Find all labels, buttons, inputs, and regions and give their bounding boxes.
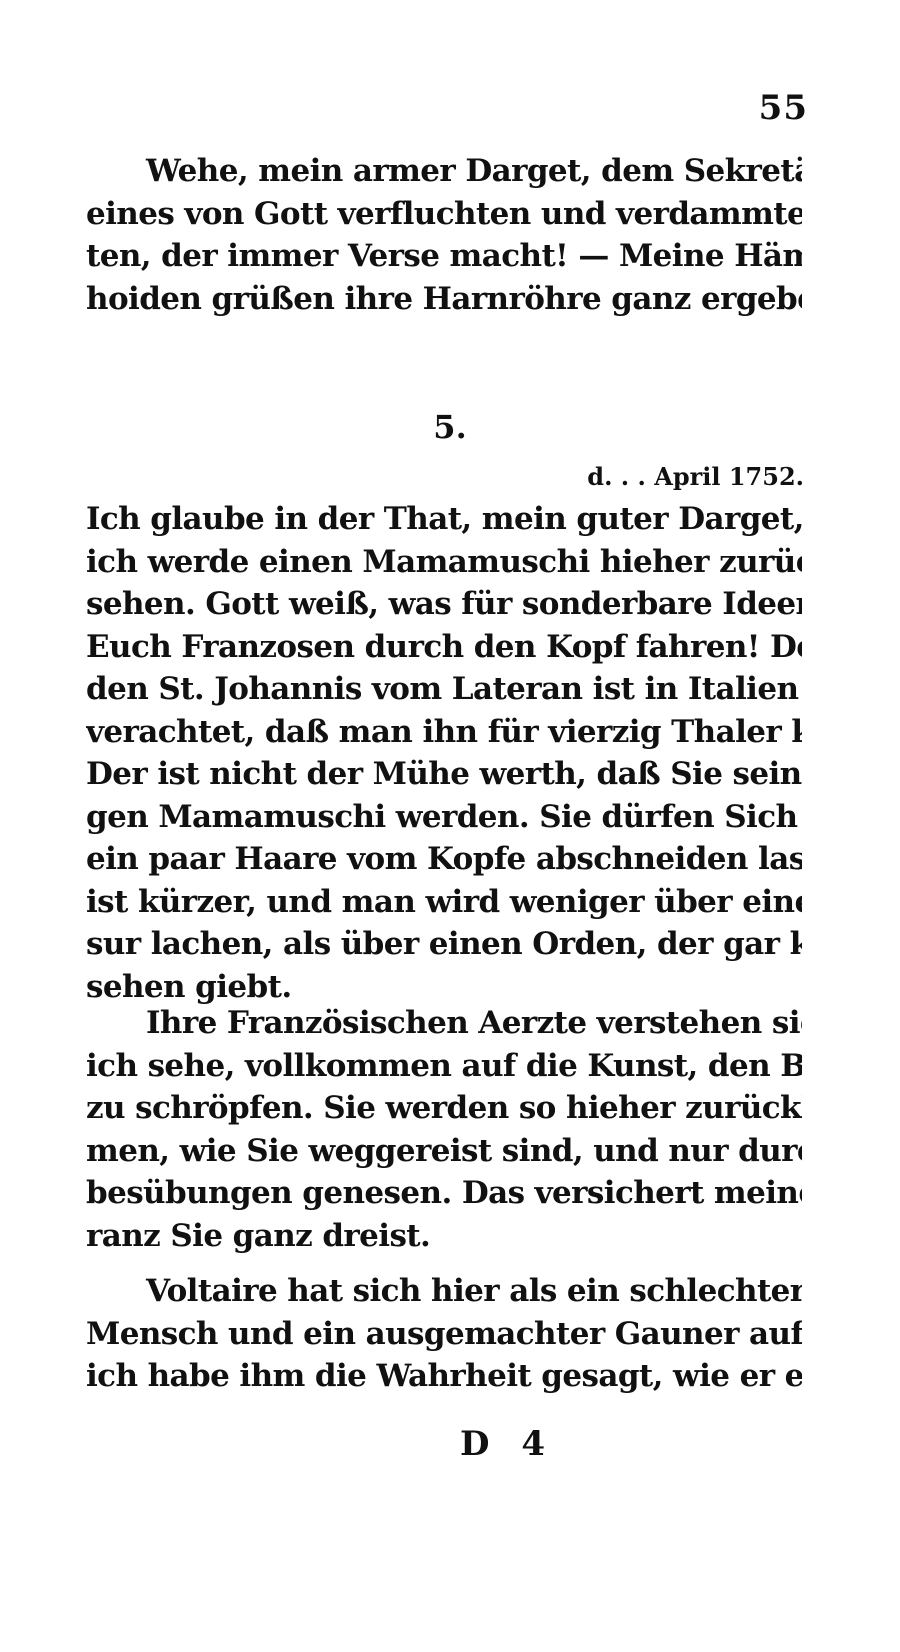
text-line: eines von Gott verfluchten und verdammte… — [86, 193, 802, 236]
paragraph-2: Ich glaube in der That, mein guter Darge… — [86, 498, 802, 1008]
signature-mark: D 4 — [460, 1424, 555, 1464]
text-line: Mensch und ein ausgemachter Gauner aufge… — [86, 1313, 802, 1356]
text-line: Voltaire hat sich hier als ein schlechte… — [86, 1270, 802, 1313]
text-line: ich sehe, vollkommen auf die Kunst, den … — [86, 1045, 802, 1088]
text-line: sehen. Gott weiß, was für sonderbare Ide… — [86, 583, 802, 626]
book-page: 55 Wehe, mein armer Darget, dem Sekretär… — [0, 0, 900, 1652]
text-line: men, wie Sie weggereist sind, und nur du… — [86, 1130, 802, 1173]
page-number: 55 — [759, 88, 808, 128]
letter-number: 5. — [0, 408, 900, 446]
letter-date: d. . . April 1752. — [587, 462, 804, 491]
text-line: verachtet, daß man ihn für vierzig Thale… — [86, 711, 802, 754]
text-line: ich werde einen Mamamuschi hieher zurück… — [86, 541, 802, 584]
text-line: ist kürzer, und man wird weniger über ei… — [86, 881, 802, 924]
text-line: zu schröpfen. Sie werden so hieher zurüc… — [86, 1087, 802, 1130]
text-line: gen Mamamuschi werden. Sie dürfen Sich n… — [86, 796, 802, 839]
paragraph-3: Ihre Französischen Aerzte verstehen sich… — [86, 1002, 802, 1257]
text-line: besübungen genesen. Das versichert meine… — [86, 1172, 802, 1215]
text-line: sur lachen, als über einen Orden, der ga… — [86, 923, 802, 966]
text-line: Ich glaube in der That, mein guter Darge… — [86, 498, 802, 541]
text-line: ranz Sie ganz dreist. — [86, 1215, 802, 1258]
text-line: Euch Franzosen durch den Kopf fahren! De… — [86, 626, 802, 669]
text-line: ich habe ihm die Wahrheit gesagt, wie er… — [86, 1355, 802, 1398]
text-line: Wehe, mein armer Darget, dem Sekretär — [86, 150, 802, 193]
text-line: hoiden grüßen ihre Harnröhre ganz ergebe… — [86, 278, 802, 321]
text-line: den St. Johannis vom Lateran ist in Ital… — [86, 668, 802, 711]
paragraph-4: Voltaire hat sich hier als ein schlechte… — [86, 1270, 802, 1398]
text-line: Der ist nicht der Mühe werth, daß Sie se… — [86, 753, 802, 796]
text-line: Ihre Französischen Aerzte verstehen sich… — [86, 1002, 802, 1045]
text-line: ein paar Haare vom Kopfe abschneiden las… — [86, 838, 802, 881]
paragraph-1: Wehe, mein armer Darget, dem Sekretär ei… — [86, 150, 802, 320]
text-line: ten, der immer Verse macht! — Meine Hämo… — [86, 235, 802, 278]
